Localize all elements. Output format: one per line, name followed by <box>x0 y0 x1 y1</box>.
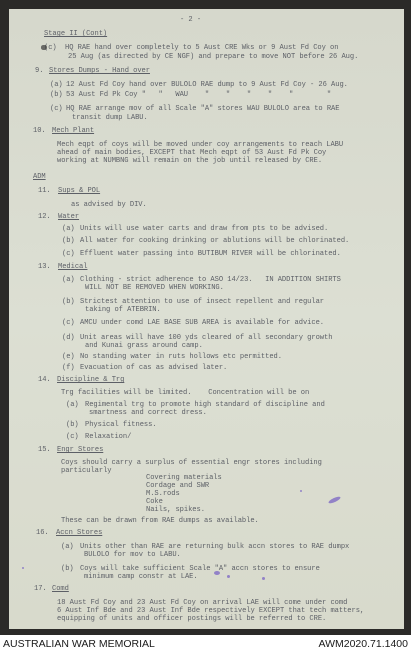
archive-credit: AUSTRALIAN WAR MEMORIAL <box>3 638 155 650</box>
section-11-number: 11. <box>38 188 51 195</box>
section-13-f-text: Evacuation of cas as advised later. <box>80 365 227 372</box>
stage-heading: Stage II (Cont) <box>44 31 107 38</box>
ink-dot <box>262 577 265 580</box>
section-9-b-text: 53 Aust Fd Pk Coy " " WAU " " " " " " <box>66 92 331 99</box>
section-13-e-text: No standing water in ruts hollows etc pe… <box>80 354 282 361</box>
section-12-c-text: Effluent water passing into BUTIBUM RIVE… <box>80 251 341 258</box>
section-9-c-line2: transit dump LABU. <box>72 115 148 122</box>
section-12-a-label: (a) <box>62 226 75 233</box>
section-15-footer: These can be drawn from RAE dumps as ava… <box>61 518 259 525</box>
section-16-a-label: (a) <box>61 544 74 551</box>
section-14-a-line2: smartness and correct dress. <box>89 410 207 417</box>
section-13-a-line2: WILL NOT BE REMOVED WHEN WORKING. <box>85 285 224 292</box>
section-15-title: Engr Stores <box>57 447 103 454</box>
section-10-number: 10. <box>33 128 46 135</box>
section-17-number: 17. <box>34 586 47 593</box>
section-11-title: Sups & POL <box>58 188 100 195</box>
section-14-b-text: Physical fitness. <box>85 422 157 429</box>
section-17-line3: equipping of units and officer postings … <box>57 616 326 623</box>
section-13-a-label: (a) <box>62 277 75 284</box>
page-number: - 2 - <box>180 17 201 24</box>
ink-smudge <box>41 45 47 50</box>
section-16-b-line2: minimum camp constr at LAE. <box>84 574 198 581</box>
section-14-number: 14. <box>38 377 51 384</box>
section-12-number: 12. <box>38 214 51 221</box>
section-13-b-line2: taking of ATEBRIN. <box>85 307 161 314</box>
section-13-c-label: (c) <box>62 320 75 327</box>
section-9-a-label: (a) <box>50 82 63 89</box>
section-9-c-label: (c) <box>50 106 63 113</box>
section-12-a-text: Units will use water carts and draw from… <box>80 226 328 233</box>
section-10-title: Mech Plant <box>52 128 94 135</box>
section-15-number: 15. <box>38 447 51 454</box>
section-11-body: as advised by DIV. <box>71 202 147 209</box>
section-13-b-label: (b) <box>62 299 75 306</box>
scan-frame: - 2 - Stage II (Cont) (c) HQ RAE hand ov… <box>0 0 411 635</box>
section-16-a-line2: BULOLO for mov to LABU. <box>84 552 181 559</box>
section-13-d-line2: and Kunai grass around camp. <box>85 343 203 350</box>
section-10-line3: working at NUMBNG will remain on the job… <box>57 158 322 165</box>
section-14-c-label: (c) <box>66 434 79 441</box>
section-14-a-label: (a) <box>66 402 79 409</box>
section-14-b-label: (b) <box>66 422 79 429</box>
section-13-d-label: (d) <box>62 335 75 342</box>
section-13-number: 13. <box>38 264 51 271</box>
section-13-c-text: AMCU under comd LAE BASE SUB AREA is ava… <box>80 320 324 327</box>
adm-heading: ADM <box>33 174 46 181</box>
ink-blot <box>328 495 341 504</box>
accession-number: AWM2020.71.1400 <box>318 638 408 650</box>
section-13-title: Medical <box>58 264 87 271</box>
section-12-c-label: (c) <box>62 251 75 258</box>
ink-dot <box>300 490 302 492</box>
stage-item-c-line1: HQ RAE hand over completely to 5 Aust CR… <box>65 45 338 52</box>
section-16-number: 16. <box>36 530 49 537</box>
section-9-a-text: 12 Aust Fd Coy hand over BULOLO RAE dump… <box>66 82 348 89</box>
section-12-title: Water <box>58 214 79 221</box>
ink-dot <box>214 571 220 575</box>
stage-item-c-line2: 25 Aug (as directed by CE NGF) and prepa… <box>68 54 358 61</box>
section-9-title: Stores Dumps - Hand over <box>49 68 150 75</box>
section-14-c-text: Relaxation/ <box>85 434 131 441</box>
section-15-line2: particularly <box>61 468 111 475</box>
section-12-b-label: (b) <box>62 238 75 245</box>
section-14-title: Discipline & Trg <box>57 377 124 384</box>
section-17-title: Comd <box>52 586 69 593</box>
engr-store-item: Nails, spikes. <box>146 507 205 514</box>
document-page: - 2 - Stage II (Cont) (c) HQ RAE hand ov… <box>9 9 404 629</box>
section-13-e-label: (e) <box>62 354 75 361</box>
section-9-b-label: (b) <box>50 92 63 99</box>
section-13-f-label: (f) <box>62 365 75 372</box>
ink-dot <box>22 567 24 569</box>
section-12-b-text: All water for cooking drinking or abluti… <box>80 238 349 245</box>
ink-dot <box>227 575 230 578</box>
section-9-number: 9. <box>35 68 43 75</box>
section-14-body: Trg facilities will be limited. Concentr… <box>61 390 309 397</box>
section-16-title: Accn Stores <box>56 530 102 537</box>
section-16-b-label: (b) <box>61 566 74 573</box>
section-9-c-line1: HQ RAE arrange mov of all Scale "A" stor… <box>66 106 339 113</box>
